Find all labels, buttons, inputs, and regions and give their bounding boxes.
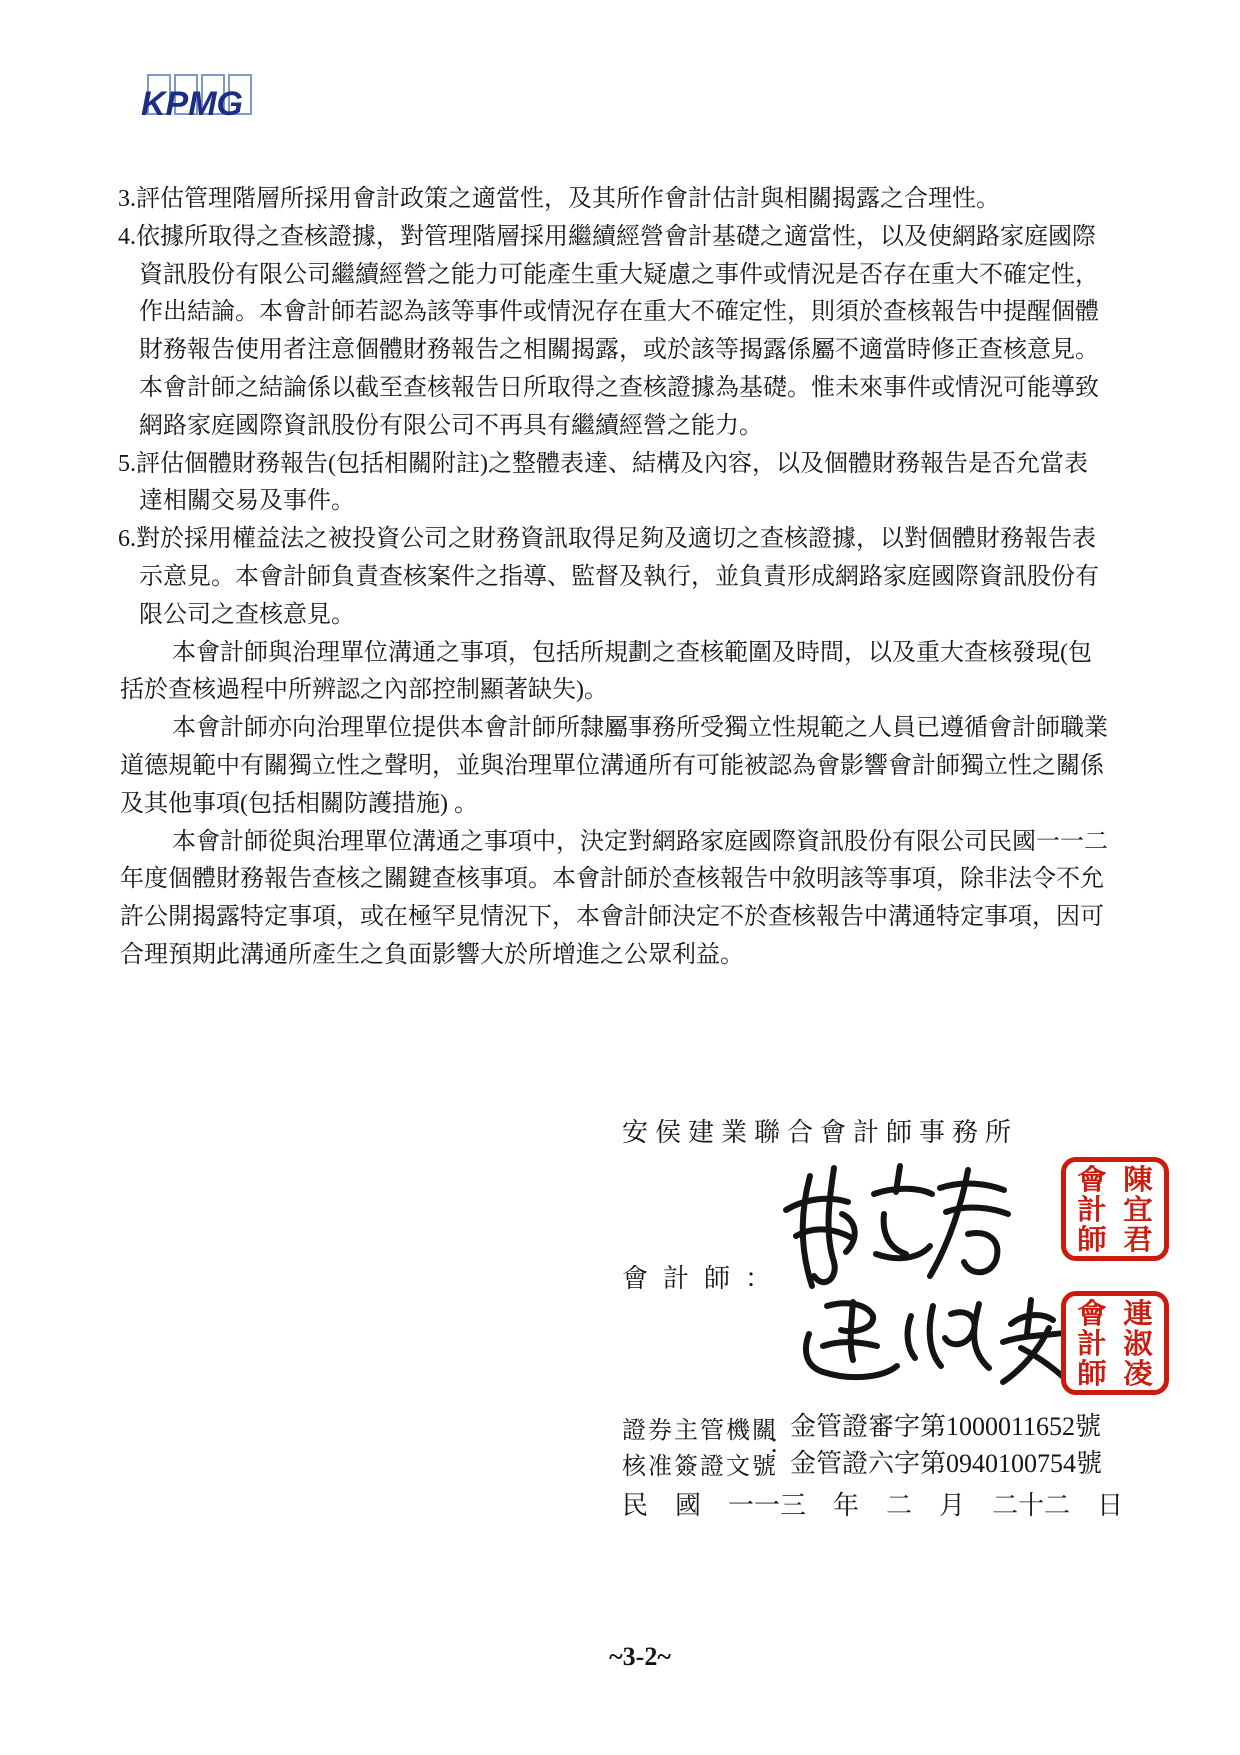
date-segment: 月 (939, 1485, 965, 1522)
body-line: 許公開揭露特定事項，或在極罕見情況下，本會計師決定不於查核報告中溝通特定事項，因… (118, 899, 1153, 937)
audit-report-page: KPMG 3.評估管理階層所採用會計政策之適當性，及其所作會計估計與相關揭露之合… (0, 0, 1240, 1755)
approval-label-line1: 證券主管機關 (622, 1410, 778, 1445)
kpmg-logo-text: KPMG (141, 87, 243, 121)
date-segment: 二 (886, 1485, 912, 1522)
body-line: 限公司之查核意見。 (118, 597, 1153, 635)
body-line: 4.依據所取得之查核證據，對管理階層採用繼續經營會計基礎之適當性，以及使網路家庭… (118, 219, 1153, 257)
seal-text-column: 會計師 (1069, 1300, 1115, 1386)
body-line: 年度個體財務報告查核之關鍵查核事項。本會計師於查核報告中敘明該等事項，除非法令不… (118, 861, 1153, 899)
approval-number-2: 金管證六字第0940100754號 (790, 1443, 1102, 1480)
body-line: 6.對於採用權益法之被投資公司之財務資訊取得足夠及適切之查核證據，以對個體財務報… (118, 521, 1153, 559)
kpmg-logo: KPMG (145, 74, 265, 130)
report-date: 民國一一三年二月二十二日 (622, 1485, 1123, 1522)
body-line: 5.評估個體財務報告(包括相關附註)之整體表達、結構及內容，以及個體財務報告是否… (118, 446, 1153, 484)
page-number: ~3-2~ (540, 1642, 740, 1672)
body-line: 3.評估管理階層所採用會計政策之適當性，及其所作會計估計與相關揭露之合理性。 (118, 181, 1153, 219)
body-line: 本會計師從與治理單位溝通之事項中，決定對網路家庭國際資訊股份有限公司民國一一二 (118, 824, 1153, 862)
seal-text-column: 會計師 (1069, 1166, 1115, 1252)
date-segment: 二十二 (992, 1485, 1070, 1522)
seal-text-column: 連淑凌 (1115, 1300, 1161, 1386)
cpa-signature-2 (793, 1294, 1085, 1396)
cpa-seal-2: 連淑凌會計師 (1061, 1291, 1169, 1395)
body-line: 示意見。本會計師負責查核案件之指導、監督及執行，並負責形成網路家庭國際資訊股份有 (118, 559, 1153, 597)
cpa-signature-1 (772, 1158, 1012, 1306)
seal-text-column: 陳宜君 (1115, 1166, 1161, 1252)
date-segment: 日 (1097, 1485, 1123, 1522)
date-segment: 一一三 (728, 1485, 806, 1522)
body-line: 合理預期此溝通所產生之負面影響大於所增進之公眾利益。 (118, 937, 1153, 975)
body-line: 本會計師之結論係以截至查核報告日所取得之查核證據為基礎。惟未來事件或情況可能導致 (118, 370, 1153, 408)
body-line: 及其他事項(包括相關防護措施) 。 (118, 786, 1153, 824)
audit-firm-name: 安侯建業聯合會計師事務所 (622, 1112, 1018, 1149)
body-line: 網路家庭國際資訊股份有限公司不再具有繼續經營之能力。 (118, 408, 1153, 446)
body-line: 括於查核過程中所辨認之內部控制顯著缺失)。 (118, 672, 1153, 710)
body-line: 資訊股份有限公司繼續經營之能力可能產生重大疑慮之事件或情況是否存在重大不確定性， (118, 257, 1153, 295)
date-segment: 年 (833, 1485, 859, 1522)
cpa-label: 會計師： (622, 1258, 786, 1295)
report-body-text: 3.評估管理階層所採用會計政策之適當性，及其所作會計估計與相關揭露之合理性。4.… (118, 181, 1153, 975)
date-segment: 民 (622, 1485, 648, 1522)
body-line: 本會計師亦向治理單位提供本會計師所隸屬事務所受獨立性規範之人員已遵循會計師職業 (118, 710, 1153, 748)
body-line: 達相關交易及事件。 (118, 483, 1153, 521)
body-line: 道德規範中有關獨立性之聲明，並與治理單位溝通所有可能被認為會影響會計師獨立性之關… (118, 748, 1153, 786)
cpa-seal-1: 陳宜君會計師 (1061, 1157, 1169, 1261)
body-line: 本會計師與治理單位溝通之事項，包括所規劃之查核範圍及時間，以及重大查核發現(包 (118, 635, 1153, 673)
approval-label-line2: 核准簽證文號 (622, 1446, 778, 1481)
date-segment: 國 (675, 1485, 701, 1522)
body-line: 財務報告使用者注意個體財務報告之相關揭露，或於該等揭露係屬不適當時修正查核意見。 (118, 332, 1153, 370)
body-line: 作出結論。本會計師若認為該等事件或情況存在重大不確定性，則須於查核報告中提醒個體 (118, 294, 1153, 332)
approval-number-1: 金管證審字第1000011652號 (790, 1406, 1101, 1443)
